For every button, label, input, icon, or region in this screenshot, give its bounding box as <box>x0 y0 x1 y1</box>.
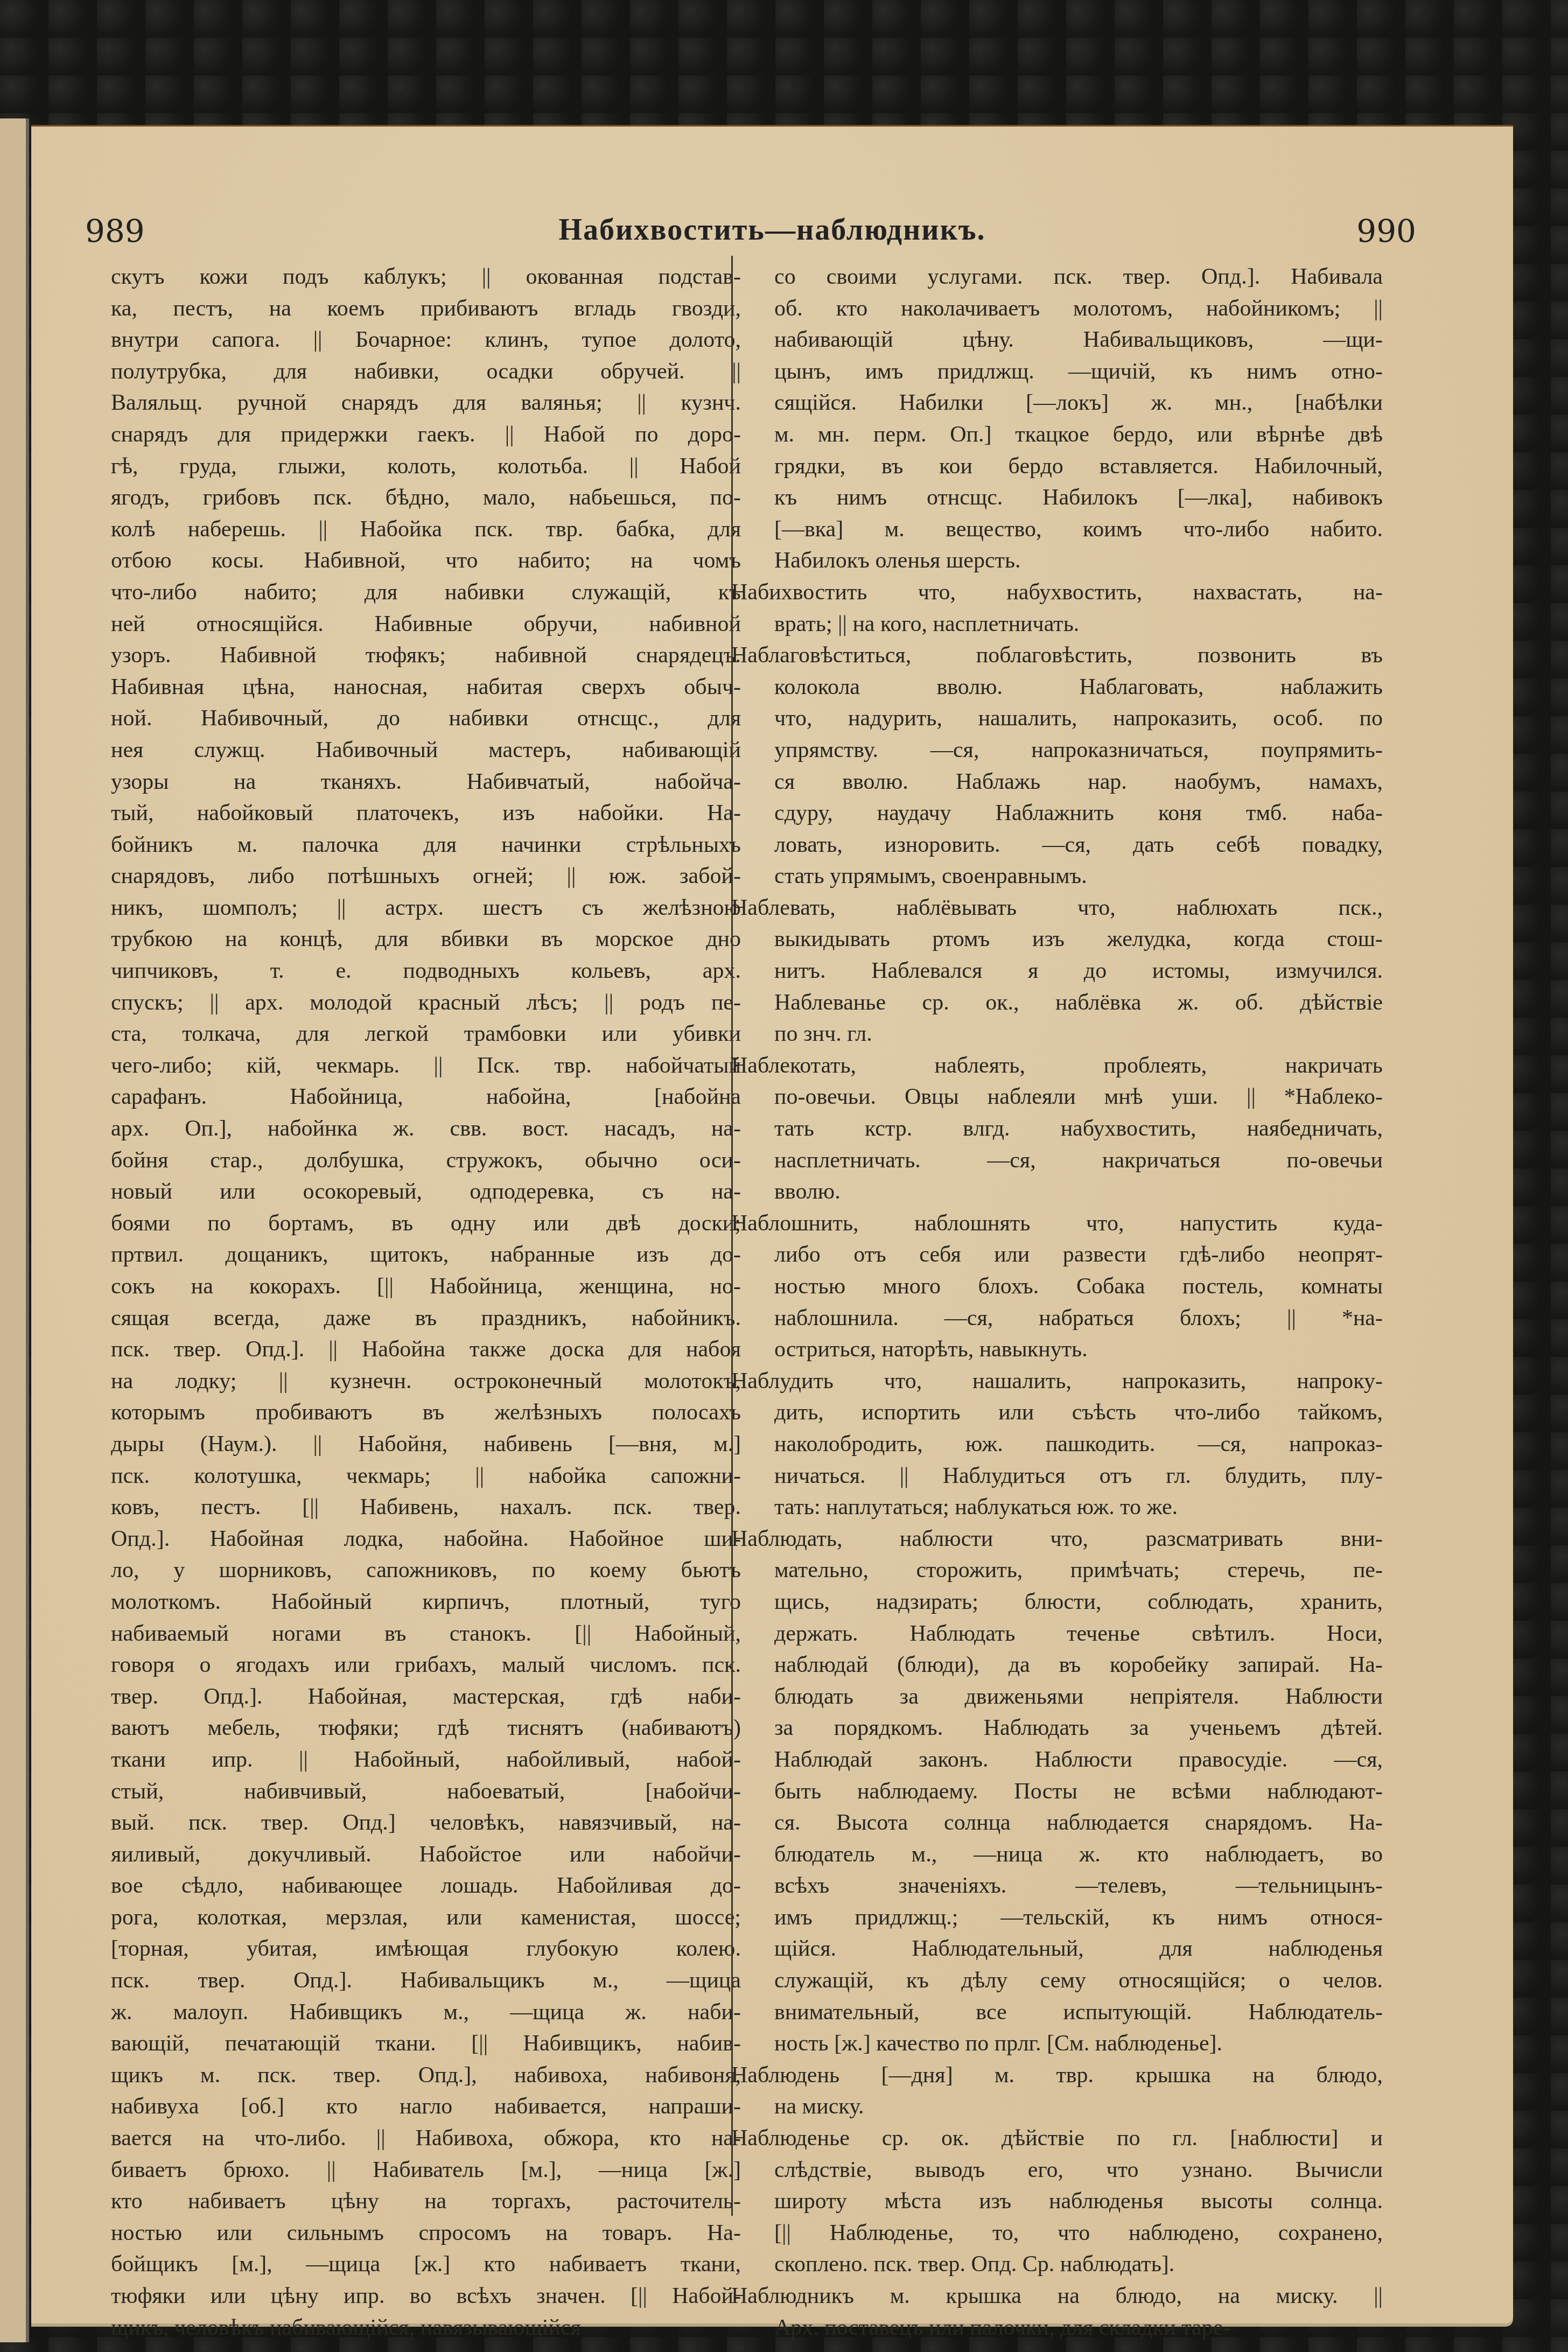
headword-line: Наблошнить, наблошнять что, напустить ку… <box>731 1208 1383 1240</box>
text-line: ста, толкача, для легкой трамбовки или у… <box>111 1018 741 1050</box>
text-line: узоръ. Набивной тюфякъ; набивной снаряде… <box>111 640 741 671</box>
text-line: широту мѣста изъ наблюденья высоты солнц… <box>753 2186 1383 2217</box>
text-line: блюдать за движеньями непріятеля. Наблюс… <box>753 1681 1383 1713</box>
left-column: скутъ кожи подъ каблукъ; || окованная по… <box>111 261 741 2343</box>
text-line: [|| Наблюденье, то, что наблюдено, сохра… <box>753 2217 1383 2249</box>
text-line: биваетъ брюхо. || Набиватель [м.], —ница… <box>111 2154 741 2186</box>
text-line: чего-либо; кій, чекмарь. || Пск. твр. на… <box>111 1050 741 1082</box>
text-line: ваютъ мебель, тюфяки; гдѣ тиснятъ (набив… <box>111 1712 741 1744</box>
text-line: нитъ. Наблевался я до истомы, измучился. <box>753 955 1383 987</box>
text-line: колѣ наберешь. || Набойка пск. твр. бабк… <box>111 514 741 545</box>
text-line: снарядъ для придержки гаекъ. || Набой по… <box>111 419 741 451</box>
text-line: ностью много блохъ. Собака постель, комн… <box>753 1271 1383 1303</box>
text-line: тать: наплутаться; наблукаться юж. то же… <box>753 1492 1383 1523</box>
text-line: ка, пестъ, на коемъ прибиваютъ вгладь гв… <box>111 293 741 325</box>
text-line: бойникъ м. палочка для начинки стрѣльных… <box>111 829 741 861</box>
text-line: выкидывать ртомъ изъ желудка, когда стош… <box>753 923 1383 955</box>
text-line: щись, надзирать; блюсти, соблюдать, хран… <box>753 1586 1383 1618</box>
text-line: по-овечьи. Овцы наблеяли мнѣ уши. || *На… <box>753 1081 1383 1113</box>
text-line: Набивная цѣна, наносная, набитая сверхъ … <box>111 671 741 703</box>
text-line: ничаться. || Наблудиться отъ гл. блудить… <box>753 1460 1383 1492</box>
text-line: на миску. <box>753 2091 1383 2123</box>
text-line: вое сѣдло, набивающее лошадь. Набойливая… <box>111 1870 741 1902</box>
text-line: ней относящійся. Набивные обручи, набивн… <box>111 608 741 640</box>
right-page-number: 990 <box>1356 213 1416 249</box>
text-line: полутрубка, для набивки, осадки обручей.… <box>111 356 741 388</box>
text-line: врать; || на кого, насплетничать. <box>753 608 1383 640</box>
dictionary-page: 989 Набихвостить—наблюдникъ. 990 скутъ к… <box>31 125 1513 2323</box>
headword-line: Наблюдникъ м. крышка на блюдо, на миску.… <box>731 2280 1383 2312</box>
text-line: внимательный, все испытующій. Наблюдател… <box>753 1997 1383 2028</box>
page-header: 989 Набихвостить—наблюдникъ. 990 <box>31 213 1513 256</box>
text-line: скоплено. пск. твер. Опд. Ср. наблюдать]… <box>753 2249 1383 2280</box>
text-line: цынъ, имъ придлжщ. —щичій, къ нимъ отно- <box>753 356 1383 388</box>
headword-line: Наблевать, наблёвывать что, наблюхать пс… <box>731 892 1383 924</box>
text-line: сящая всегда, даже въ праздникъ, набойни… <box>111 1303 741 1334</box>
text-line: щійся. Наблюдательный, для наблюденья <box>753 1933 1383 1965</box>
text-line: наблошнила. —ся, набраться блохъ; || *на… <box>753 1303 1383 1334</box>
headword-line: Наблюдень [—дня] м. твр. крышка на блюдо… <box>731 2060 1383 2091</box>
text-line: Опд.]. Набойная лодка, набойна. Набойное… <box>111 1523 741 1555</box>
running-head: Набихвостить—наблюдникъ. <box>31 213 1513 247</box>
text-line: стый, набивчивый, набоеватый, [набойчи- <box>111 1776 741 1808</box>
text-line: ковъ, пестъ. [|| Набивень, нахалъ. пск. … <box>111 1492 741 1523</box>
text-line: пск. твер. Опд.]. Набивальщикъ м., —щица <box>111 1965 741 1997</box>
text-line: арх. Оп.], набойнка ж. свв. вост. насадъ… <box>111 1113 741 1145</box>
text-line: ся вволю. Наблажь нар. наобумъ, намахъ, <box>753 766 1383 798</box>
text-line: сокъ на кокорахъ. [|| Набойница, женщина… <box>111 1271 741 1303</box>
text-line: на лодку; || кузнечн. остроконечный моло… <box>111 1366 741 1397</box>
text-line: насплетничать. —ся, накричаться по-овечь… <box>753 1145 1383 1177</box>
text-line: новый или осокоревый, одподеревка, съ на… <box>111 1176 741 1208</box>
text-line: что, надурить, нашалить, напроказить, ос… <box>753 703 1383 734</box>
text-line: спускъ; || арх. молодой красный лѣсъ; ||… <box>111 987 741 1019</box>
text-line: Арх. поставецъ или палочки, для складки … <box>753 2312 1383 2344</box>
text-line: набивуха [об.] кто нагло набивается, нап… <box>111 2091 741 2123</box>
headword-line: Наблюденье ср. ок. дѣйствіе по гл. [набл… <box>731 2123 1383 2154</box>
text-line: которымъ пробиваютъ въ желѣзныхъ полосах… <box>111 1397 741 1429</box>
text-line: мательно, сторожить, примѣчать; стеречь,… <box>753 1555 1383 1586</box>
text-line: снарядовъ, либо потѣшныхъ огней; || юж. … <box>111 860 741 892</box>
text-line: ностью или сильнымъ спросомъ на товаръ. … <box>111 2217 741 2249</box>
text-line: нея служщ. Набивочный мастеръ, набивающі… <box>111 734 741 766</box>
text-line: никъ, шомполъ; || астрх. шестъ съ желѣзн… <box>111 892 741 924</box>
headword-line: Наблаговѣститься, поблаговѣстить, позвон… <box>731 640 1383 671</box>
text-line: внутри сапога. || Бочарное: клинъ, тупое… <box>111 324 741 356</box>
text-line: ягодъ, грибовъ пск. бѣдно, мало, набьешь… <box>111 482 741 514</box>
headword-line: Наблюдать, наблюсти что, разсматривать в… <box>731 1523 1383 1555</box>
text-line: тый, набойковый платочекъ, изъ набойки. … <box>111 797 741 829</box>
text-line: что-либо набито; для набивки служащій, к… <box>111 577 741 608</box>
text-line: колокола вволю. Наблаговать, наблажить <box>753 671 1383 703</box>
text-line: дить, испортить или съѣсть что-либо тайк… <box>753 1397 1383 1429</box>
text-line: стать упрямымъ, своенравнымъ. <box>753 860 1383 892</box>
headword-line: Набихвостить что, набухвостить, нахваста… <box>731 577 1383 608</box>
text-line: Набилокъ оленья шерсть. <box>753 545 1383 577</box>
text-line: слѣдствіе, выводъ его, что узнано. Вычис… <box>753 2154 1383 2186</box>
text-line: яиливый, докучливый. Набойстое или набой… <box>111 1839 741 1871</box>
text-line: по знч. гл. <box>753 1018 1383 1050</box>
text-line: грядки, въ кои бердо вставляется. Набило… <box>753 451 1383 482</box>
text-line: вволю. <box>753 1176 1383 1208</box>
text-line: къ нимъ отнсщс. Набилокъ [—лка], набивок… <box>753 482 1383 514</box>
text-line: остриться, наторѣть, навыкнуть. <box>753 1334 1383 1366</box>
text-line: наблюдай (блюди), да въ коробейку запира… <box>753 1649 1383 1681</box>
text-line: ж. малоуп. Набивщикъ м., —щица ж. наби- <box>111 1997 741 2028</box>
headword-line: Наблекотать, наблеять, проблеять, накрич… <box>731 1050 1383 1082</box>
text-line: бойня стар., долбушка, стружокъ, обычно … <box>111 1145 741 1177</box>
right-column: со своими услугами. пск. твер. Опд.]. На… <box>753 261 1383 2343</box>
text-line: наколобродить, юж. пашкодить. —ся, напро… <box>753 1429 1383 1460</box>
text-line: ло, у шорниковъ, сапожниковъ, по коему б… <box>111 1555 741 1586</box>
text-line: за порядкомъ. Наблюдать за ученьемъ дѣте… <box>753 1712 1383 1744</box>
text-line: вающій, печатающій ткани. [|| Набивщикъ,… <box>111 2028 741 2060</box>
text-line: ся. Высота солнца наблюдается снарядомъ.… <box>753 1807 1383 1839</box>
text-line: [—вка] м. вещество, коимъ что-либо набит… <box>753 514 1383 545</box>
text-line: держать. Наблюдать теченье свѣтилъ. Носи… <box>753 1618 1383 1650</box>
text-line: ной. Набивочный, до набивки отнсщс., для <box>111 703 741 734</box>
text-line: набивающій цѣну. Набивальщиковъ, —щи- <box>753 324 1383 356</box>
text-line: об. кто наколачиваетъ молотомъ, набойник… <box>753 293 1383 325</box>
text-line: отбою косы. Набивной, что набито; на чом… <box>111 545 741 577</box>
text-line: блюдатель м., —ница ж. кто наблюдаетъ, в… <box>753 1839 1383 1871</box>
text-line: дыры (Наум.). || Набойня, набивень [—вня… <box>111 1429 741 1460</box>
text-line: говоря о ягодахъ или грибахъ, малый числ… <box>111 1649 741 1681</box>
text-line: набиваемый ногами въ станокъ. [|| Набойн… <box>111 1618 741 1650</box>
text-line: тюфяки или цѣну ипр. во всѣхъ значен. [|… <box>111 2280 741 2312</box>
text-line: Валяльщ. ручной снарядъ для валянья; || … <box>111 387 741 419</box>
text-line: гѣ, груда, глыжи, колоть, колотьба. || Н… <box>111 451 741 482</box>
text-line: щикъ м. пск. твер. Опд.], набивоха, наби… <box>111 2060 741 2091</box>
text-line: сарафанъ. Набойница, набойна, [набойна <box>111 1081 741 1113</box>
text-line: быть наблюдаему. Посты не всѣми наблюдаю… <box>753 1776 1383 1808</box>
text-line: ткани ипр. || Набойный, набойливый, набо… <box>111 1744 741 1776</box>
previous-page-edge <box>0 118 29 2342</box>
text-line: м. мн. перм. Оп.] ткацкое бердо, или вѣр… <box>753 419 1383 451</box>
text-line: Наблеванье ср. ок., наблёвка ж. об. дѣйс… <box>753 987 1383 1019</box>
text-line: скутъ кожи подъ каблукъ; || окованная по… <box>111 261 741 293</box>
text-line: ность [ж.] качество по прлг. [См. наблюд… <box>753 2028 1383 2060</box>
text-line: сдуру, наудачу Наблажнить коня тмб. наба… <box>753 797 1383 829</box>
text-line: имъ придлжщ.; —тельскій, къ нимъ относя- <box>753 1902 1383 1934</box>
text-line: бойщикъ [м.], —щица [ж.] кто набиваетъ т… <box>111 2249 741 2280</box>
text-line: пск. колотушка, чекмарь; || набойка сапо… <box>111 1460 741 1492</box>
text-line: щикъ, человѣкъ набивающійся, навязывающі… <box>111 2312 741 2344</box>
headword-line: Наблудить что, нашалить, напроказить, на… <box>731 1366 1383 1397</box>
text-line: твер. Опд.]. Набойная, мастерская, гдѣ н… <box>111 1681 741 1713</box>
text-line: узоры на тканяхъ. Набивчатый, набойча- <box>111 766 741 798</box>
text-line: сящійся. Набилки [—локъ] ж. мн., [набѣлк… <box>753 387 1383 419</box>
text-line: боями по бортамъ, въ одну или двѣ доски; <box>111 1208 741 1240</box>
text-line: пртвил. дощаникъ, щитокъ, набранные изъ … <box>111 1239 741 1271</box>
text-line: Наблюдай законъ. Наблюсти правосудіе. —с… <box>753 1744 1383 1776</box>
text-line: вается на что-либо. || Набивоха, обжора,… <box>111 2123 741 2154</box>
text-line: ловать, изноровить. —ся, дать себѣ повад… <box>753 829 1383 861</box>
text-line: служащій, къ дѣлу сему относящійся; о че… <box>753 1965 1383 1997</box>
text-line: чипчиковъ, т. е. подводныхъ кольевъ, арх… <box>111 955 741 987</box>
text-line: упрямству. —ся, напроказничаться, поупря… <box>753 734 1383 766</box>
text-line: либо отъ себя или развести гдѣ-либо неоп… <box>753 1239 1383 1271</box>
text-line: всѣхъ значеніяхъ. —телевъ, —тельницынъ- <box>753 1870 1383 1902</box>
text-line: молоткомъ. Набойный кирпичъ, плотный, ту… <box>111 1586 741 1618</box>
text-line: со своими услугами. пск. твер. Опд.]. На… <box>753 261 1383 293</box>
text-line: [торная, убитая, имѣющая глубокую колею. <box>111 1933 741 1965</box>
text-line: кто набиваетъ цѣну на торгахъ, расточите… <box>111 2186 741 2217</box>
text-line: рога, колоткая, мерзлая, или каменистая,… <box>111 1902 741 1934</box>
text-line: тать кстр. влгд. набухвостить, наябеднич… <box>753 1113 1383 1145</box>
text-line: трубкою на концѣ, для вбивки въ морское … <box>111 923 741 955</box>
text-line: вый. пск. твер. Опд.] человѣкъ, навязчив… <box>111 1807 741 1839</box>
text-line: пск. твер. Опд.]. || Набойна также доска… <box>111 1334 741 1366</box>
